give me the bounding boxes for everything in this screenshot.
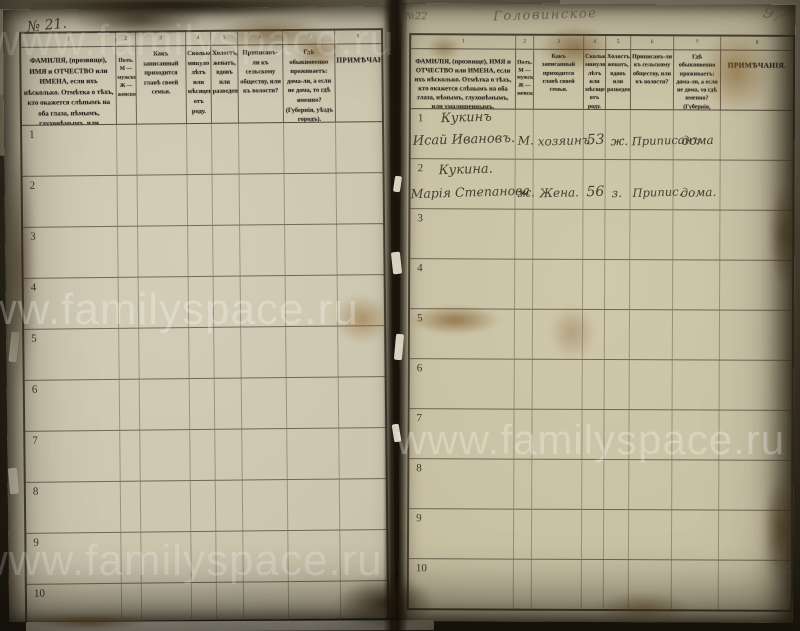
- entry-surname: Кукинъ: [441, 110, 492, 127]
- header-marital-column: Холостъ, женатъ, вдовъ или разведенъ.: [606, 50, 631, 109]
- table-row: 7: [25, 428, 386, 483]
- folio-number: 97: [761, 2, 786, 26]
- column-number: 3: [534, 36, 584, 49]
- column-number: 2: [516, 36, 534, 49]
- table-row: 1: [22, 122, 383, 177]
- entry-name: Марія Степанова: [410, 183, 530, 202]
- table-row: 4: [410, 259, 792, 311]
- column-number: 6: [631, 36, 674, 49]
- entry-residence: дома.: [680, 185, 716, 200]
- entry-marital: з.: [611, 186, 622, 200]
- table-row: 10: [409, 559, 791, 610]
- column-number: 7: [674, 36, 721, 49]
- census-table-right: 1 2 3 4 5 6 7 8 ФАМИЛІЯ, (прозвище), ИМЯ…: [407, 33, 796, 612]
- entry-surname: Кукина.: [438, 162, 493, 179]
- header-notes-column: ПРИМѢЧАНІЯ.: [721, 51, 793, 110]
- watermark: www.familyspace.ru: [0, 285, 359, 335]
- entry-age: 56: [586, 184, 604, 201]
- entry-sex: М.: [518, 133, 535, 147]
- row-number: 6: [417, 362, 423, 374]
- header-name-column: ФАМИЛІЯ, (прозвище), ИМЯ и ОТЧЕСТВО или …: [411, 49, 516, 108]
- row-number: 10: [416, 562, 427, 574]
- page-edge-strip: [26, 620, 434, 631]
- sheet-number-annotation: №22: [405, 11, 427, 22]
- watermark: www.familyspace.ru: [396, 416, 785, 464]
- table-row: 3: [23, 224, 384, 279]
- row-number: 7: [32, 435, 38, 447]
- header-residence-column: Гдѣ обыкновенно проживаетъ: дома-ли, а е…: [674, 50, 721, 109]
- column-number: 5: [606, 36, 631, 49]
- column-number: 1: [411, 35, 516, 48]
- scanned-census-book-photo: № 21. 1 2 3 4 5 6 7 8 ФАМИЛІЯ, (прозвище…: [0, 0, 800, 631]
- entry-age: 53: [587, 132, 605, 149]
- row-number: 3: [417, 212, 423, 224]
- header-society-column: Приписанъ-ли къ сельскому обществу, или …: [631, 50, 674, 109]
- watermark: www.familyspace.ru: [0, 536, 383, 586]
- row-number: 10: [34, 588, 45, 600]
- table-row: 6: [410, 359, 792, 411]
- row-number: 8: [33, 486, 39, 498]
- table-row: 8: [409, 459, 791, 511]
- row-number: 8: [416, 462, 422, 474]
- row-number: 3: [30, 231, 36, 243]
- table-row: 6: [25, 377, 386, 432]
- entry-relation: Жена.: [539, 185, 579, 200]
- settlement-annotation: Головинское: [493, 6, 598, 24]
- entry-residence: дома: [682, 133, 714, 148]
- row-number: 1: [29, 129, 35, 141]
- table-row: 5: [410, 309, 792, 361]
- header-sex-column: Полъ. М — мужской. Ж — женской.: [516, 50, 534, 109]
- watermark: www.familyspace.ru: [0, 16, 395, 66]
- entry-marital: ж.: [611, 134, 629, 149]
- entry-relation: хозяинъ: [538, 133, 591, 149]
- table-row-entry: 1 Кукинъ Исай Ивановъ. М. хозяинъ 53 ж. …: [411, 109, 793, 161]
- table-row: 9: [409, 509, 791, 561]
- header-relation-column: Какъ записанный приходится главѣ своей с…: [534, 50, 584, 109]
- row-number: 2: [30, 180, 36, 192]
- row-number: 5: [417, 312, 423, 324]
- column-number: 4: [584, 36, 606, 49]
- table-row: 2: [23, 173, 384, 228]
- table-header-row: ФАМИЛІЯ, (прозвище), ИМЯ и ОТЧЕСТВО или …: [411, 49, 793, 111]
- row-number: 6: [32, 384, 38, 396]
- row-number: 2: [418, 162, 424, 174]
- printer-imprint: Спб., Тип. А. Лаврова.: [785, 544, 790, 597]
- book-gutter: [383, 0, 407, 631]
- header-age-column: Сколько минуло лѣтъ или мѣсяцевъ отъ род…: [584, 50, 606, 109]
- entry-name: Исай Ивановъ.: [413, 131, 516, 149]
- table-row: 3: [410, 209, 792, 261]
- column-number: 8: [721, 37, 793, 50]
- row-number: 9: [416, 512, 422, 524]
- row-number: 4: [417, 262, 423, 274]
- right-page: №22 Головинское 97 1 2 3 4 5 6 7 8 ФАМИЛ…: [399, 3, 796, 623]
- row-number: 1: [418, 112, 424, 124]
- table-row: 8: [26, 479, 387, 534]
- table-row-entry: 2 Кукина. Марія Степанова ж. Жена. 56 з.…: [410, 159, 792, 211]
